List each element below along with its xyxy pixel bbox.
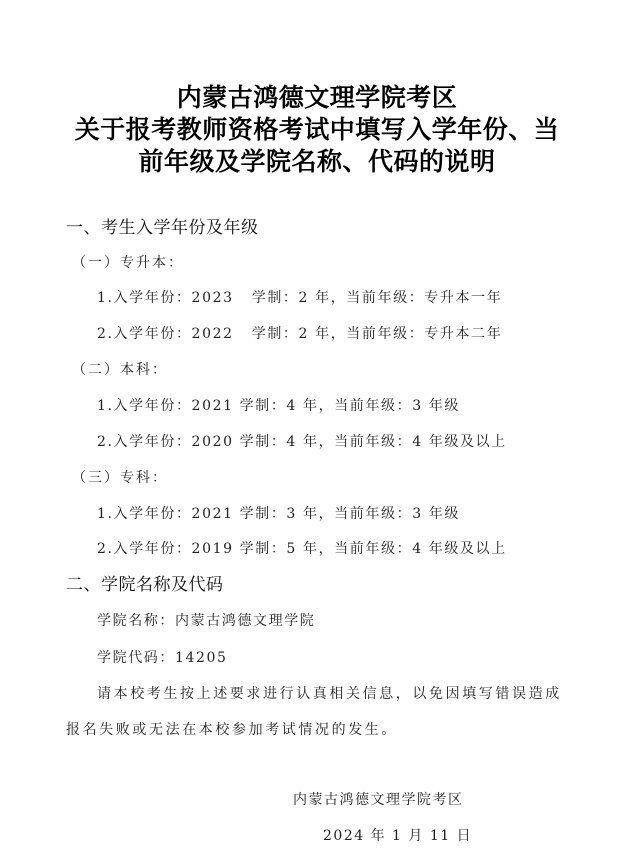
list-item: 1.入学年份：2021 学制：4 年，当前年级：3 年级 — [97, 396, 460, 416]
list-item: 2.入学年份：2022 学制：2 年，当前年级：专升本二年 — [97, 324, 502, 344]
notice-paragraph-line-1: 请本校考生按上述要求进行认真相关信息，以免因填写错误造成 — [97, 684, 562, 704]
list-item: 2.入学年份：2019 学制：5 年，当前年级：4 年级及以上 — [97, 539, 507, 559]
document-title-line-2: 关于报考教师资格考试中填写入学年份、当 — [0, 115, 634, 145]
notice-paragraph-line-2: 报名失败或无法在本校参加考试情况的发生。 — [66, 720, 398, 740]
group-label-undergraduate: （二）本科： — [72, 360, 168, 380]
section-heading-college: 二、学院名称及代码 — [66, 574, 224, 596]
college-code: 学院代码：14205 — [97, 648, 228, 668]
list-item: 1.入学年份：2021 学制：3 年，当前年级：3 年级 — [97, 504, 460, 524]
list-item: 1.入学年份：2023 学制：2 年，当前年级：专升本一年 — [97, 288, 502, 308]
document-title-line-3: 前年级及学院名称、代码的说明 — [0, 147, 634, 177]
signature-date: 2024 年 1 月 11 日 — [323, 826, 472, 846]
signature-org: 内蒙古鸿德文理学院考区 — [293, 790, 464, 810]
college-name: 学院名称：内蒙古鸿德文理学院 — [97, 611, 315, 631]
group-label-upgrade: （一）专升本： — [72, 253, 184, 273]
section-heading-enrollment: 一、考生入学年份及年级 — [66, 217, 259, 239]
list-item: 2.入学年份：2020 学制：4 年，当前年级：4 年级及以上 — [97, 432, 507, 452]
group-label-junior-college: （三）专科： — [72, 468, 168, 488]
document-title-line-1: 内蒙古鸿德文理学院考区 — [0, 83, 634, 113]
